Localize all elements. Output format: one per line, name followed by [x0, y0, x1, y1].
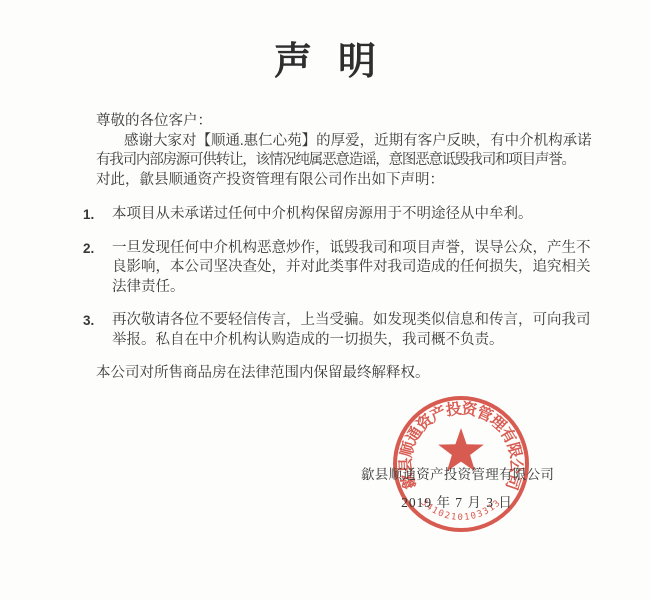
- list-item: 1. 本项目从未承诺过任何中介机构保留房源用于不明途径从中牟利。: [83, 205, 568, 225]
- document-title: 声明: [0, 30, 650, 85]
- signature-company-name: 歙县顺通资产投资管理有限公司: [361, 463, 553, 483]
- list-item: 2. 一旦发现任何中介机构恶意炒作，诋毁我司和项目声誉，误导公众，产生不 良影响…: [83, 239, 568, 298]
- list-item-line: 本项目从未承诺过任何中介机构保留房源用于不明途径从中牟利。: [112, 205, 568, 225]
- intro-line: 对此，歙县顺通资产投资管理有限公司作出如下声明：: [96, 171, 568, 191]
- document-body: 尊敬的各位客户： 感谢大家对【顺通.惠仁心苑】的厚爱，近期有客户反映，有中介机构…: [96, 112, 568, 384]
- closing-statement: 本公司对所售商品房在法律范围内保留最终解释权。: [96, 364, 568, 384]
- signature-date: 2019 年 7 月 3 日: [361, 491, 553, 511]
- list-item-line: 良影响，本公司坚决查处，并对此类事件对我司造成的任何损失，追究相关: [112, 258, 591, 278]
- signature-block: 歙县顺通资产投资管理有限公司 2019 年 7 月 3 日: [361, 463, 553, 511]
- intro-line: 有我司内部房源可供转让，该情况纯属恶意造谣，意图恶意诋毁我司和项目声誉。: [96, 151, 568, 171]
- list-item-text: 再次敬请各位不要轻信传言，上当受骗。如发现类似信息和传言，可向我司 举报。私自在…: [112, 311, 591, 350]
- list-item-number: 1.: [83, 205, 112, 225]
- list-item-line: 一旦发现任何中介机构恶意炒作，诋毁我司和项目声誉，误导公众，产生不: [112, 239, 591, 259]
- greeting: 尊敬的各位客户：: [96, 112, 568, 132]
- list-item-line: 法律责任。: [112, 278, 591, 298]
- list-item-line: 再次敬请各位不要轻信传言，上当受骗。如发现类似信息和传言，可向我司: [112, 311, 591, 331]
- intro-line: 感谢大家对【顺通.惠仁心苑】的厚爱，近期有客户反映，有中介机构承诺: [96, 132, 568, 152]
- statement-document: 声明 尊敬的各位客户： 感谢大家对【顺通.惠仁心苑】的厚爱，近期有客户反映，有中…: [0, 0, 650, 600]
- statement-list: 1. 本项目从未承诺过任何中介机构保留房源用于不明途径从中牟利。 2. 一旦发现…: [83, 205, 568, 350]
- list-item-number: 3.: [83, 311, 112, 350]
- list-item-number: 2.: [83, 239, 112, 298]
- list-item-line: 举报。私自在中介机构认购造成的一切损失，我司概不负责。: [112, 331, 591, 351]
- list-item-text: 一旦发现任何中介机构恶意炒作，诋毁我司和项目声誉，误导公众，产生不 良影响，本公…: [112, 239, 591, 298]
- list-item: 3. 再次敬请各位不要轻信传言，上当受骗。如发现类似信息和传言，可向我司 举报。…: [83, 311, 568, 350]
- list-item-text: 本项目从未承诺过任何中介机构保留房源用于不明途径从中牟利。: [112, 205, 568, 225]
